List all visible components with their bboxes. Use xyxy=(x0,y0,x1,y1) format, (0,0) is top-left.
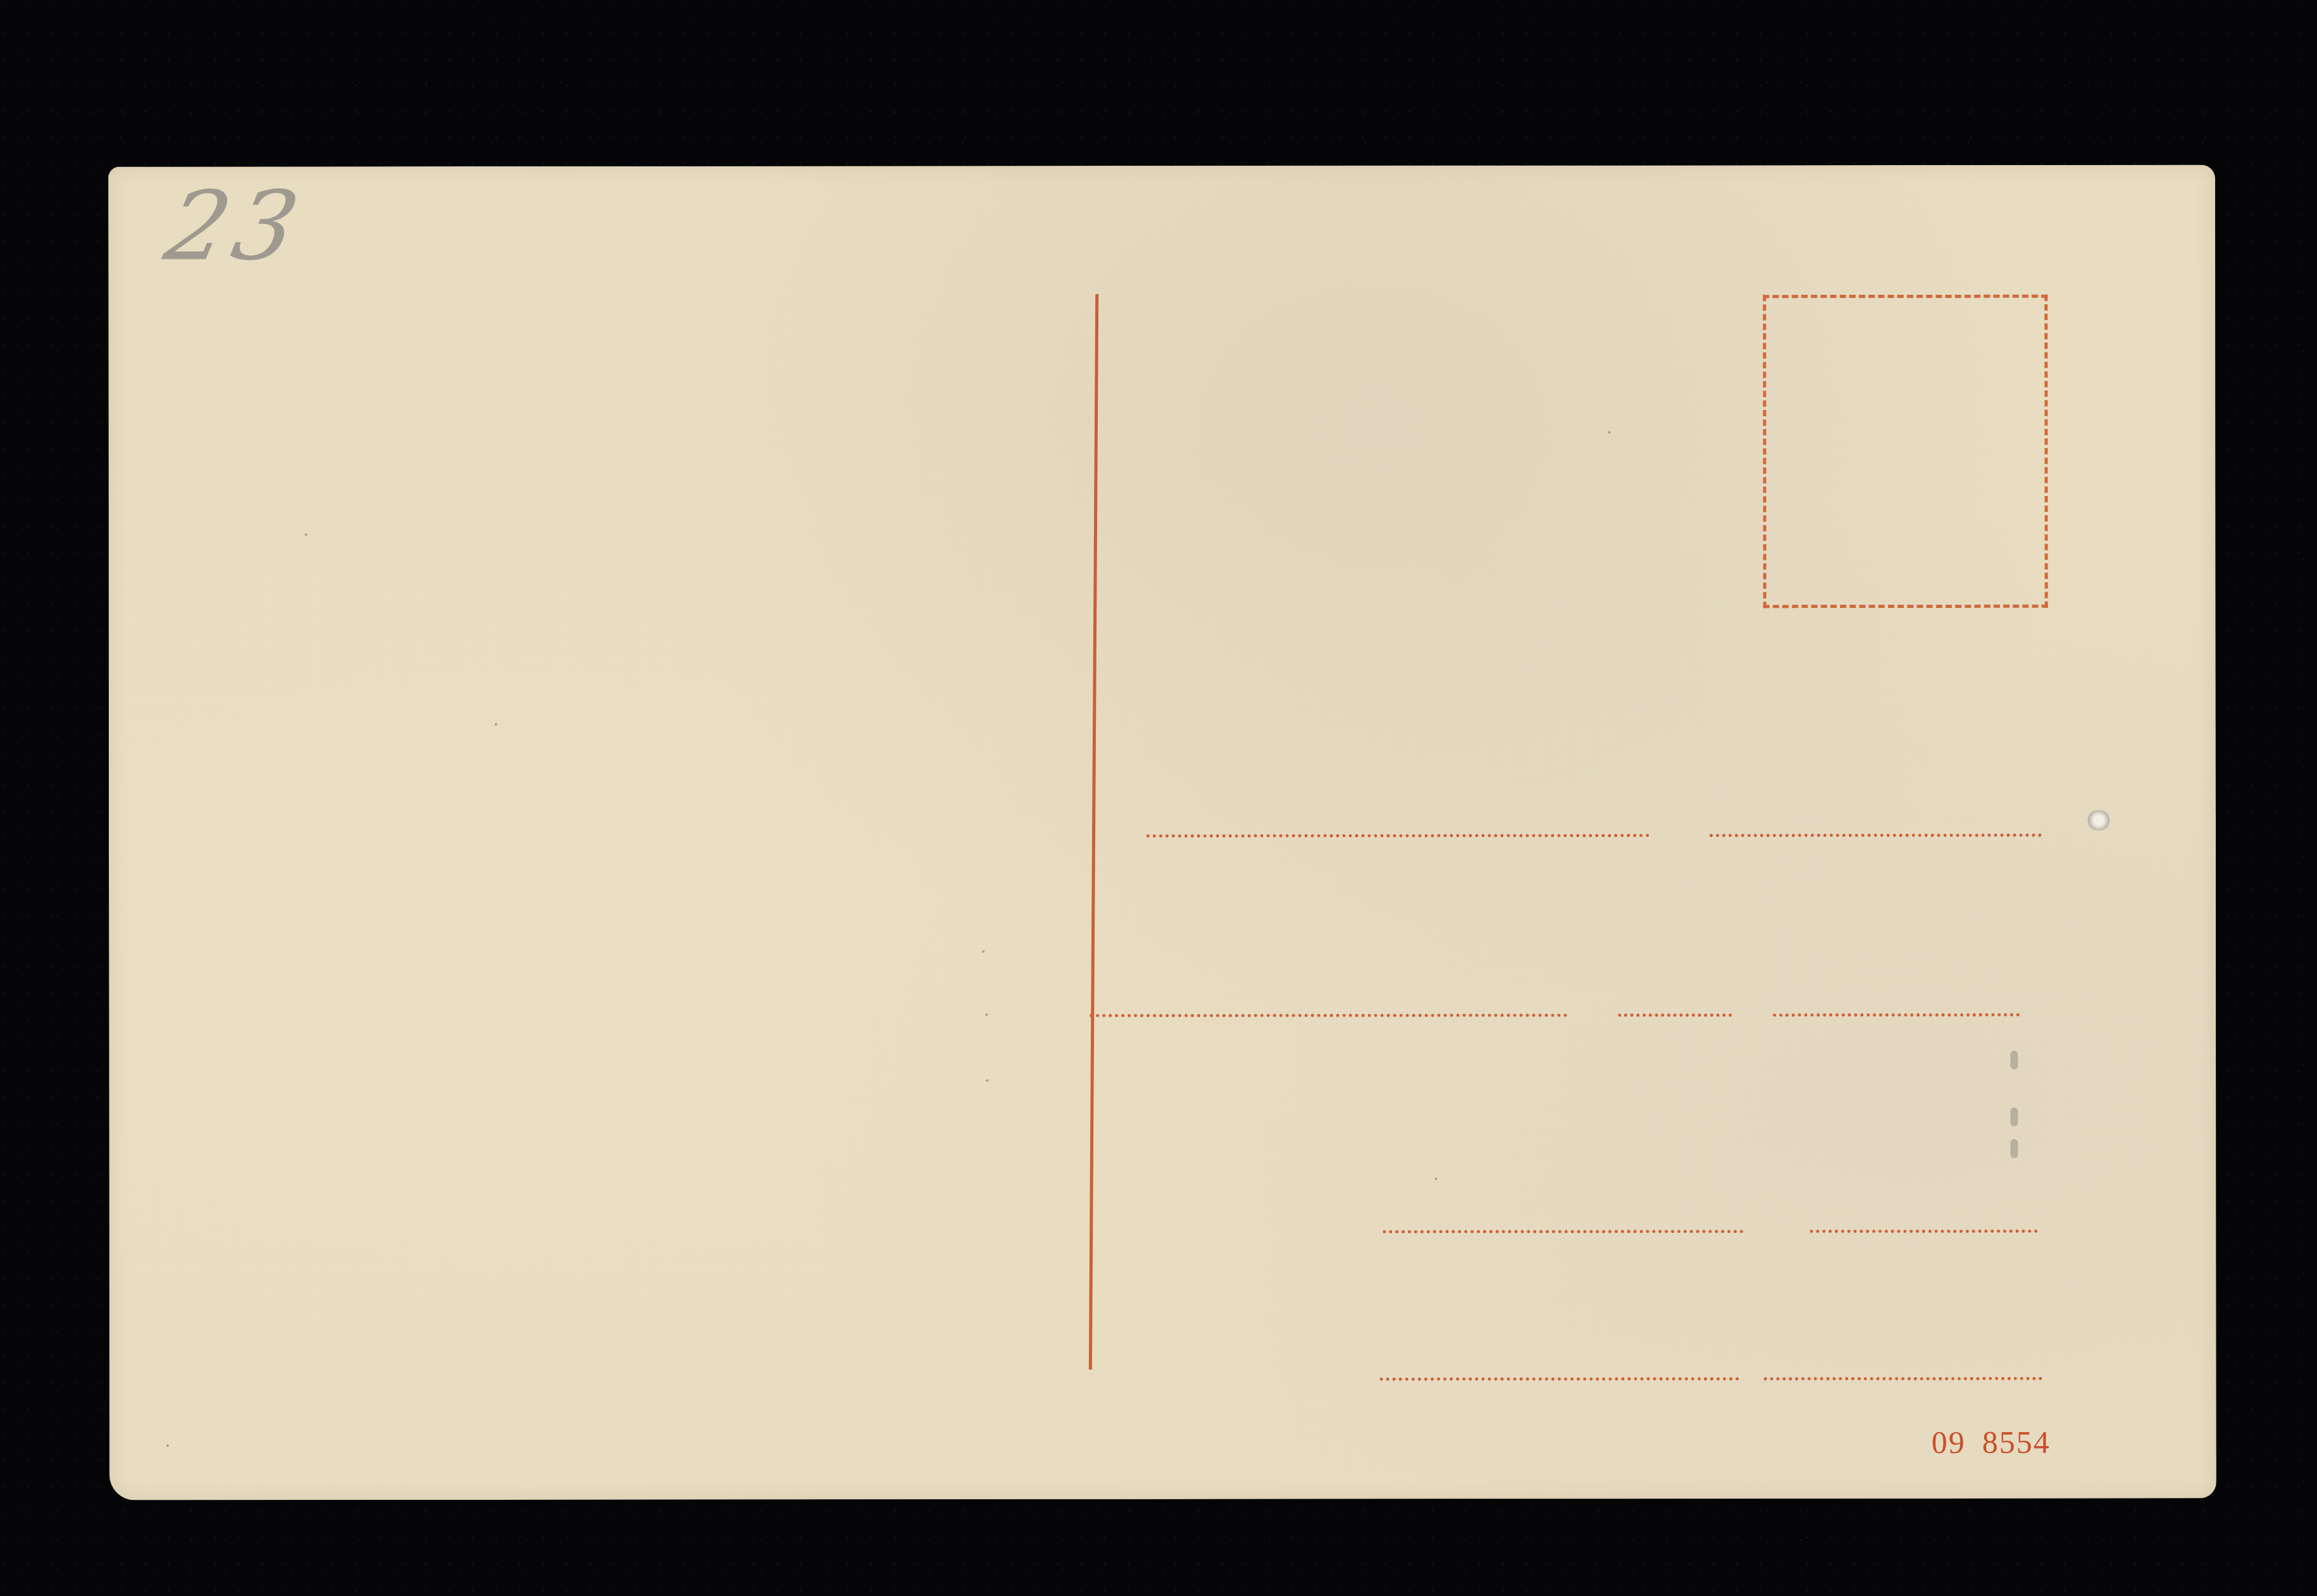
address-line-1-segment-b xyxy=(1710,834,2042,837)
paper-speck xyxy=(495,723,497,726)
address-line-2-segment-b xyxy=(1618,1013,1732,1017)
faint-pencil-mark xyxy=(2010,1139,2018,1158)
printer-serial-number: 098554 xyxy=(1932,1424,2051,1461)
stamp-placement-box xyxy=(1763,295,2047,608)
center-divider-line xyxy=(1089,294,1098,1370)
paper-speck xyxy=(305,533,307,536)
serial-number: 8554 xyxy=(1982,1425,2051,1460)
faint-pencil-mark xyxy=(2010,1051,2018,1070)
address-line-4-segment-b xyxy=(1764,1377,2042,1380)
address-line-2-segment-a xyxy=(1090,1013,1567,1017)
address-line-2-segment-c xyxy=(1773,1013,2020,1017)
handwritten-number: 23 xyxy=(157,171,314,281)
paper-speck xyxy=(985,1013,988,1016)
serial-prefix: 09 xyxy=(1932,1425,1966,1460)
paper-scuff-mark xyxy=(2086,810,2111,831)
paper-speck xyxy=(982,950,985,953)
paper-speck xyxy=(986,1079,988,1082)
paper-speck xyxy=(1434,1178,1437,1180)
paper-speck xyxy=(1608,431,1610,433)
address-line-3-segment-a xyxy=(1383,1230,1744,1233)
faint-pencil-mark xyxy=(2010,1108,2018,1127)
paper-speck xyxy=(166,1444,169,1447)
address-line-1-segment-a xyxy=(1146,834,1649,838)
address-line-3-segment-b xyxy=(1810,1230,2038,1233)
postcard-back: 23 098554 xyxy=(108,165,2216,1500)
address-line-4-segment-a xyxy=(1380,1377,1739,1380)
